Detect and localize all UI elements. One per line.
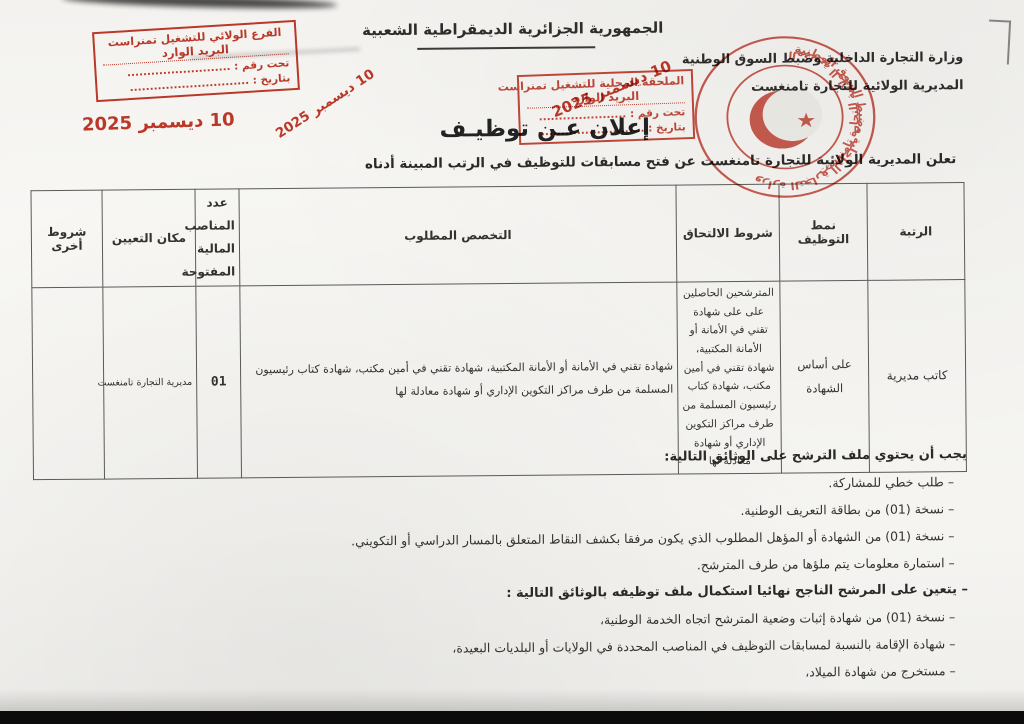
scanned-document-page: الجمهورية الجزائرية الديمقراطية الشعبية … bbox=[0, 0, 1024, 724]
header-rank: الرتبة bbox=[867, 183, 965, 281]
cell-location: مديرية التجارة تامنغست bbox=[103, 286, 198, 479]
list-item: – نسخة (01) من شهادة إثبات وضعية المترشح… bbox=[88, 610, 968, 632]
official-round-seal: وزارة التجارة الداخلية وضبط السوق الوطني… bbox=[692, 34, 878, 200]
cell-specialty: شهادة تقني في الأمانة أو الأمانة المكتبي… bbox=[240, 282, 679, 478]
final-documents-intro: – يتعين على المرشح الناجح نهائيا استكمال… bbox=[88, 583, 968, 606]
round-seal-svg: وزارة التجارة الداخلية وضبط السوق الوطني… bbox=[692, 34, 878, 200]
stamp-date-field: بتاريخ : .......................... bbox=[528, 121, 686, 139]
republic-title: الجمهورية الجزائرية الديمقراطية الشعبية bbox=[362, 19, 663, 40]
list-item: – شهادة الإقامة بالنسبة لمسابقات التوظيف… bbox=[88, 637, 968, 659]
cell-rank: كاتب مديرية bbox=[868, 280, 967, 473]
svg-text:★: ★ bbox=[796, 108, 816, 132]
list-item: – طلب خطي للمشاركة. bbox=[87, 475, 967, 497]
cell-mode: على أساس الشهادة bbox=[780, 280, 870, 473]
list-item: – مستخرج من شهادة الميلاد، bbox=[89, 664, 969, 686]
list-item: – نسخة (01) من بطاقة التعريف الوطنية. bbox=[87, 502, 967, 524]
title-underline bbox=[417, 46, 595, 49]
cell-conditions: المترشحين الحاصلين على على شهادة تقني في… bbox=[677, 281, 782, 474]
required-documents-section: يجب أن يحتوي ملف الترشح على الوثائق التا… bbox=[87, 448, 969, 699]
header-positions: عدد المناصب المالية المفتوحة bbox=[195, 189, 240, 286]
recruitment-table: الرتبة نمط التوظيف شروط الالتحاق التخصص … bbox=[30, 182, 966, 480]
list-item: – نسخة (01) من الشهادة أو المؤهل المطلوب… bbox=[88, 529, 968, 551]
list-item: – استمارة معلومات يتم ملؤها من طرف المتر… bbox=[88, 556, 968, 578]
header-other: شروط أخرى bbox=[31, 190, 103, 288]
employment-branch-stamp: الفرع الولائي للتشغيل تمنراست البريد الو… bbox=[92, 20, 300, 102]
header-specialty: التخصص المطلوب bbox=[239, 185, 677, 286]
cell-positions: 01 bbox=[196, 286, 242, 478]
cell-other bbox=[32, 287, 105, 479]
crescent-star-icon: ★ bbox=[750, 88, 823, 149]
